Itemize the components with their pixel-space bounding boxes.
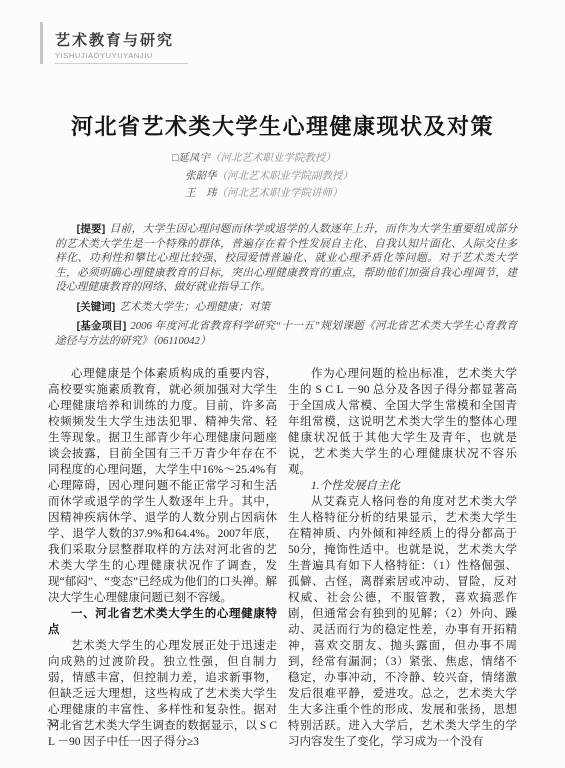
body-paragraph: 作为心理问题的检出标准，艺术类大学生的 S C L －90 总分及各因子得分都显… (288, 366, 517, 478)
fund-project: [基金项目]2006 年度河北省教育科学研究“十一五”规划课题《河北省艺术类大学… (55, 319, 517, 348)
page-number: 32 (47, 717, 58, 729)
abstract-label: [提要] (77, 223, 106, 235)
abstract: [提要]目前，大学生因心理问题而休学或退学的人数逐年上升，而作为大学生重要组成部… (55, 222, 517, 295)
header-divider-bar (40, 22, 43, 64)
left-column: 心理健康是个体素质构成的重要内容，高校要实施素质教育，就必须加强对大学生心理健康… (48, 366, 277, 750)
body-paragraph: 心理健康是个体素质构成的重要内容，高校要实施素质教育，就必须加强对大学生心理健康… (48, 366, 277, 606)
journal-header: 艺术教育与研究 YISHUJIAOYUYUYANJIU (40, 22, 188, 64)
author-name: □延凤宇 (172, 153, 210, 164)
authors-block: □延凤宇（河北艺术职业学院教授） 张韶华（河北艺术职业学院副教授） 王 玮（河北… (172, 150, 353, 203)
author-name: 王 玮 (185, 188, 217, 199)
author-row: 张韶华（河北艺术职业学院副教授） (185, 168, 353, 186)
article-meta-block: [提要]目前，大学生因心理问题而休学或退学的人数逐年上升，而作为大学生重要组成部… (55, 222, 517, 348)
paper-page: 艺术教育与研究 YISHUJIAOYUYUYANJIU 河北省艺术类大学生心理健… (0, 0, 565, 768)
fund-label: [基金项目] (77, 320, 127, 332)
keywords-label: [关键词] (77, 301, 116, 313)
author-row: 王 玮（河北艺术职业学院讲师） (185, 185, 353, 203)
journal-title-block: 艺术教育与研究 YISHUJIAOYUYUYANJIU (55, 22, 188, 64)
body-paragraph: 从艾森克人格问卷的角度对艺术类大学生人格特征分析的结果显示，艺术类大学生在精神质… (288, 494, 517, 750)
keywords: [关键词]艺术类大学生；心理健康；对策 (55, 300, 517, 315)
right-column: 作为心理问题的检出标准，艺术类大学生的 S C L －90 总分及各因子得分都显… (288, 366, 517, 750)
author-row: □延凤宇（河北艺术职业学院教授） (172, 150, 353, 168)
keywords-text: 艺术类大学生；心理健康；对策 (119, 301, 270, 313)
author-name: 张韶华 (185, 171, 217, 182)
journal-pinyin: YISHUJIAOYUYUYANJIU (55, 51, 174, 60)
author-affiliation: （河北艺术职业学院讲师） (217, 188, 343, 199)
abstract-text: 目前，大学生因心理问题而休学或退学的人数逐年上升，而作为大学生重要组成部分的艺术… (55, 223, 517, 293)
author-affiliation: （河北艺术职业学院副教授） (217, 171, 354, 182)
body-paragraph: 艺术类大学生的心理发展正处于迅速走向成熟的过渡阶段。独立性强，但自制力弱，情感丰… (48, 638, 277, 750)
subsection-heading: 1.个性发展自主化 (288, 478, 517, 494)
journal-name: 艺术教育与研究 (55, 29, 174, 50)
article-title: 河北省艺术类大学生心理健康现状及对策 (0, 110, 565, 141)
section-heading: 一、河北省艺术类大学生的心理健康特点 (48, 606, 277, 638)
author-affiliation: （河北艺术职业学院教授） (210, 153, 336, 164)
body-columns: 心理健康是个体素质构成的重要内容，高校要实施素质教育，就必须加强对大学生心理健康… (48, 366, 517, 750)
